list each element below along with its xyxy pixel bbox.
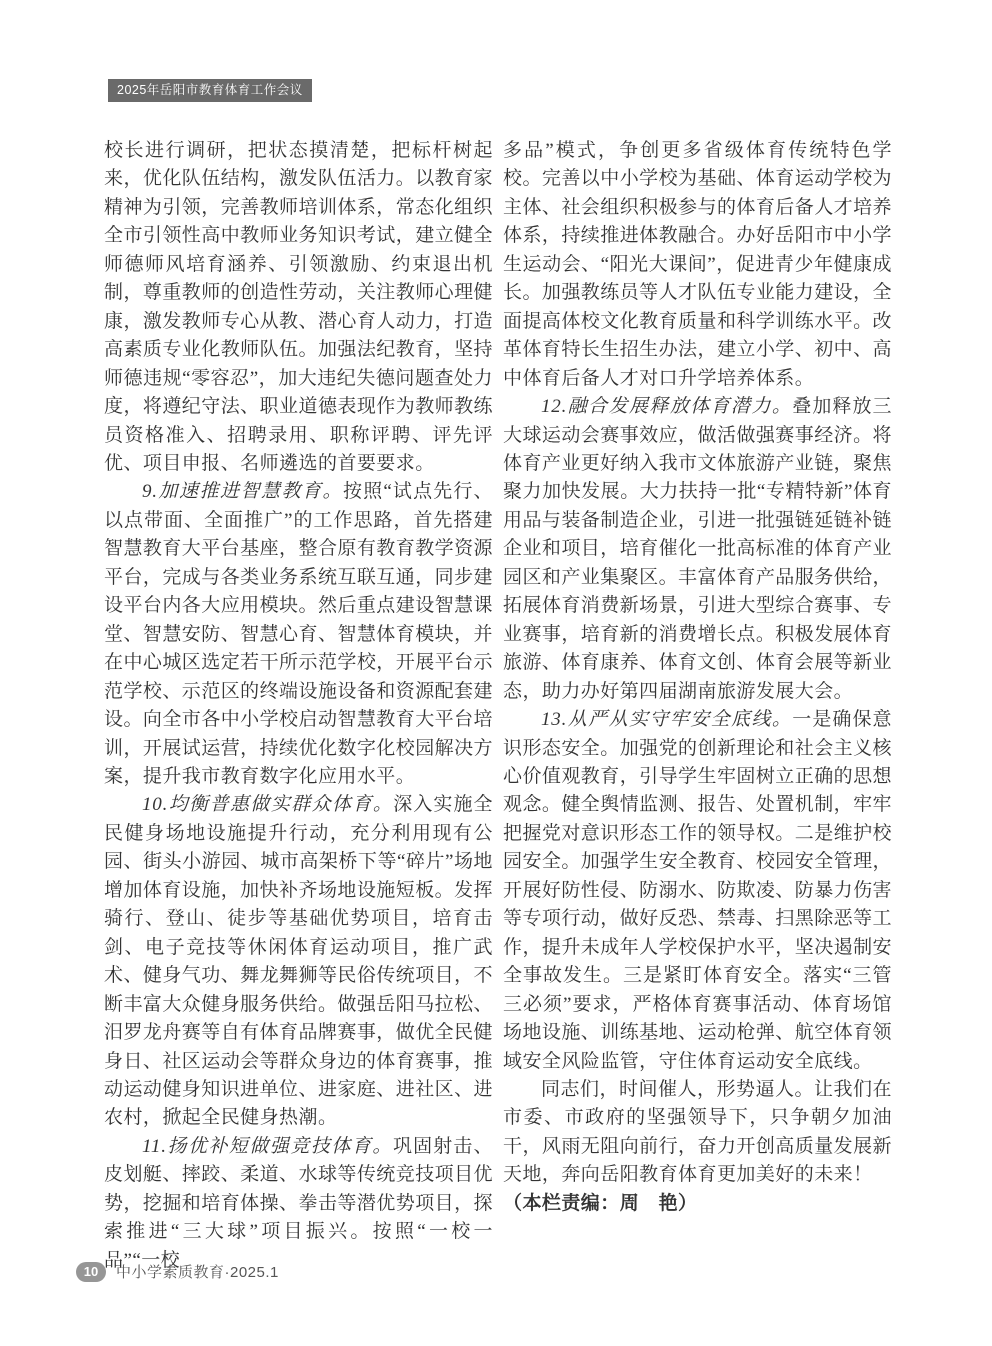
paragraph-text: 叠加释放三大球运动会赛事效应，做活做强赛事经济。将体育产业更好纳入我市文体旅游产…	[503, 396, 892, 702]
paragraph: 10.均衡普惠做实群众体育。深入实施全民健身场地设施提升行动，充分利用现有公园、…	[104, 791, 493, 1132]
paragraph-text: 按照“试点先行、以点带面、全面推广”的工作思路，首先搭建智慧教育大平台基座，整合…	[104, 481, 493, 787]
article-body: 校长进行调研，把状态摸清楚，把标杆树起来，优化队伍结构，激发队伍活力。以教育家精…	[104, 137, 892, 1275]
page-number-badge: 10	[76, 1262, 106, 1282]
paragraph-text: 同志们，时间催人，形势逼人。让我们在市委、市政府的坚强领导下，只争朝夕加油干，风…	[503, 1079, 892, 1185]
paragraph-heading: 13.从严从实守牢安全底线。	[541, 709, 792, 730]
paragraph: 11.扬优补短做强竞技体育。巩固射击、皮划艇、摔跤、柔道、水球等传统竞技项目优势…	[104, 1133, 493, 1275]
paragraph-heading: 9.加速推进智慧教育。	[142, 481, 343, 502]
paragraph-text: 深入实施全民健身场地设施提升行动，充分利用现有公园、街头小游园、城市高架桥下等“…	[104, 794, 493, 1128]
paragraph: 校长进行调研，把状态摸清楚，把标杆树起来，优化队伍结构，激发队伍活力。以教育家精…	[104, 137, 493, 478]
paragraph-text: 校长进行调研，把状态摸清楚，把标杆树起来，优化队伍结构，激发队伍活力。以教育家精…	[104, 140, 493, 474]
journal-title: 中小学素质教育·2025.1	[116, 1261, 279, 1282]
paragraph-text: 多品”模式，争创更多省级体育传统特色学校。完善以中小学校为基础、体育运动学校为主…	[503, 140, 892, 389]
magazine-page: 2025年岳阳市教育体育工作会议 校长进行调研，把状态摸清楚，把标杆树起来，优化…	[0, 0, 992, 1346]
paragraph: 同志们，时间催人，形势逼人。让我们在市委、市政府的坚强领导下，只争朝夕加油干，风…	[503, 1076, 892, 1190]
paragraph: 多品”模式，争创更多省级体育传统特色学校。完善以中小学校为基础、体育运动学校为主…	[503, 137, 892, 393]
paragraph-heading: 11.扬优补短做强竞技体育。	[142, 1136, 393, 1157]
left-column: 校长进行调研，把状态摸清楚，把标杆树起来，优化队伍结构，激发队伍活力。以教育家精…	[104, 137, 493, 1275]
paragraph-heading: 12.融合发展释放体育潜力。	[541, 396, 792, 417]
section-header-badge: 2025年岳阳市教育体育工作会议	[108, 79, 312, 102]
right-column: 多品”模式，争创更多省级体育传统特色学校。完善以中小学校为基础、体育运动学校为主…	[503, 137, 892, 1275]
paragraph: 13.从严从实守牢安全底线。一是确保意识形态安全。加强党的创新理论和社会主义核心…	[503, 706, 892, 1076]
paragraph-text: 一是确保意识形态安全。加强党的创新理论和社会主义核心价值观教育，引导学生牢固树立…	[503, 709, 892, 1071]
paragraph: 9.加速推进智慧教育。按照“试点先行、以点带面、全面推广”的工作思路，首先搭建智…	[104, 478, 493, 791]
paragraph: 12.融合发展释放体育潜力。叠加释放三大球运动会赛事效应，做活做强赛事经济。将体…	[503, 393, 892, 706]
page-footer: 10 中小学素质教育·2025.1	[76, 1261, 279, 1282]
editor-byline: （本栏责编：周 艳）	[503, 1190, 892, 1218]
paragraph-heading: 10.均衡普惠做实群众体育。	[142, 794, 393, 815]
